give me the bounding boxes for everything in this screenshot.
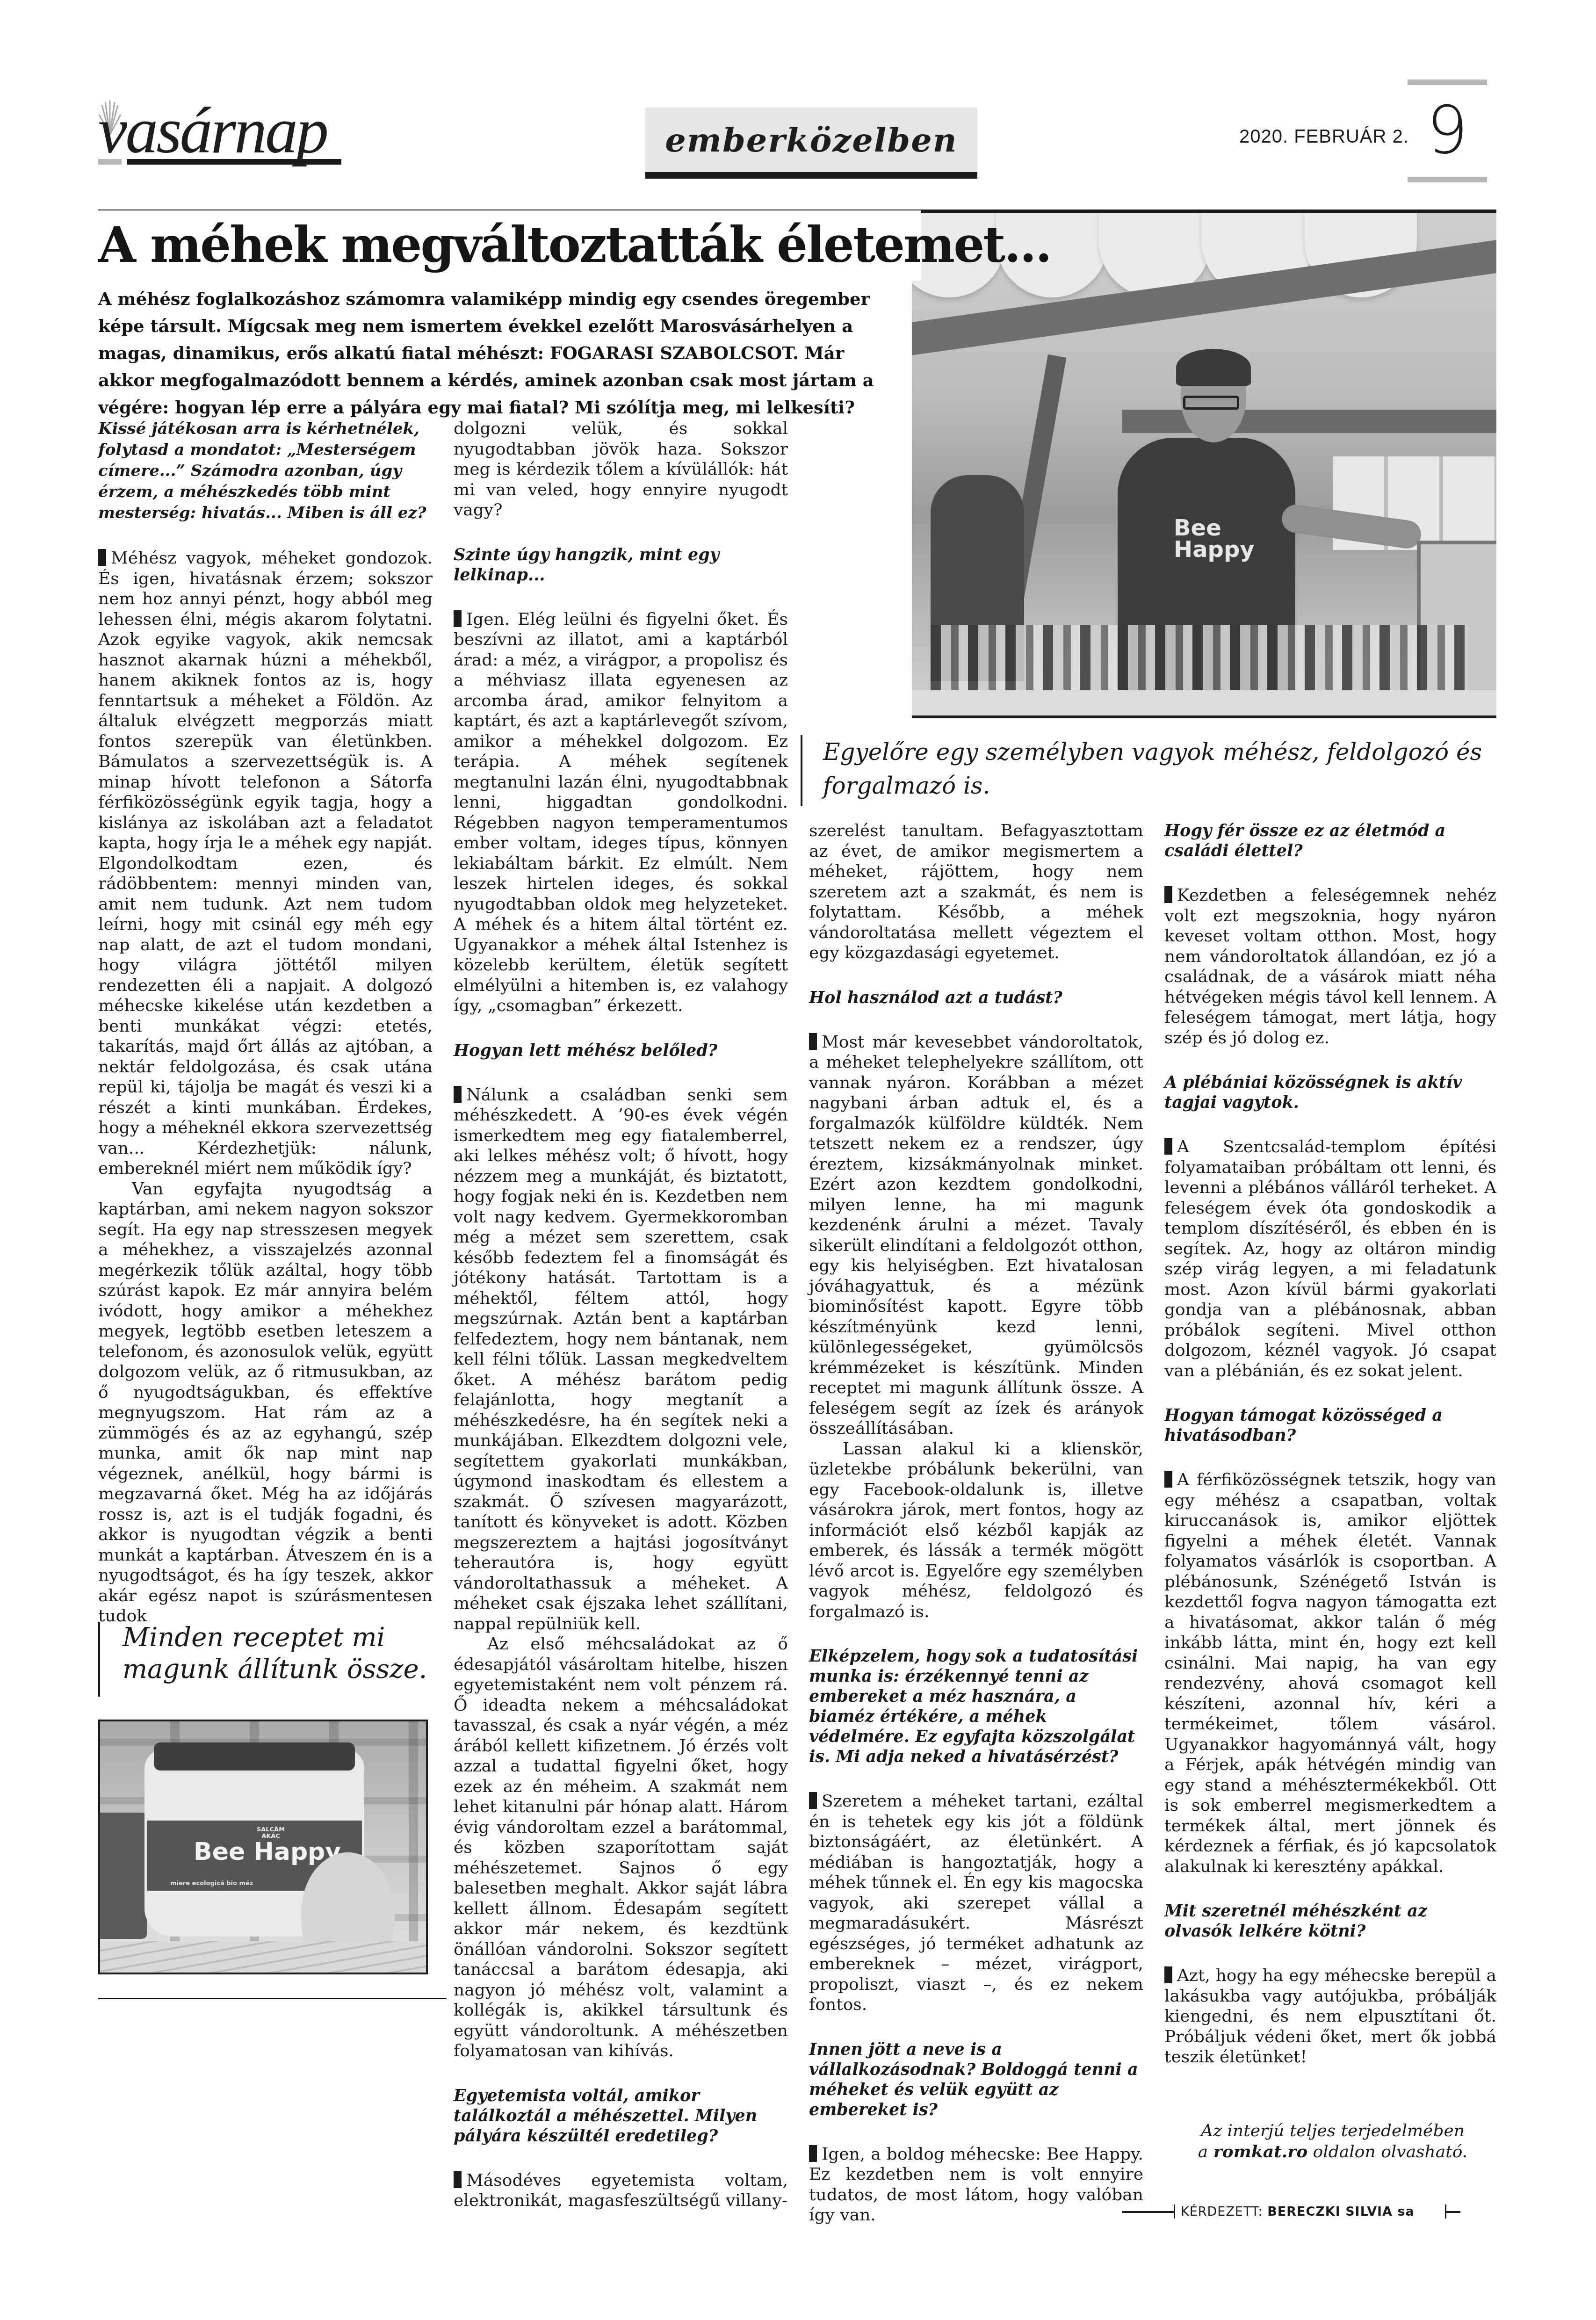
newspaper-logo[interactable]: vasárnap (98, 89, 346, 168)
column-1: Kissé játékosan arra is kérhetnélek, fol… (98, 419, 433, 1626)
continuation: szerelést tanultam. Befagyasztottam az é… (809, 821, 1143, 963)
answer-marker-icon (809, 1033, 817, 1050)
answer: Azt, hogy ha egy méhecske berepül a laká… (1164, 1966, 1496, 2067)
answer-marker-icon (454, 2171, 462, 2188)
section-label-box: emberközelben (645, 108, 977, 173)
logo-underline (98, 159, 341, 165)
headline: A méhek megváltoztatták életemet... (98, 216, 1051, 275)
question: Innen jött a neve is a vállalkozásodnak?… (809, 2039, 1143, 2120)
jar-label-sub: miere ecologică bio méz (170, 1880, 253, 1887)
question: Kissé játékosan arra is kérhetnélek, fol… (98, 419, 433, 524)
honey-jar-photo: SALCÂM AKÁC Bee Happy miere ecologică bi… (98, 1720, 428, 1974)
section-label: emberközelben (645, 121, 977, 159)
column-4: Hogy fér össze ez az életmód a családi é… (1164, 821, 1496, 2067)
issue-date: 2020. FEBRUÁR 2. (1239, 126, 1409, 147)
answer: Szeretem a méheket tartani, ezáltal én i… (809, 1791, 1143, 2015)
website-link[interactable]: romkat.ro (1213, 2142, 1307, 2161)
question: Hogyan támogat közösséged a hivatásodban… (1164, 1405, 1496, 1445)
byline: KÉRDEZETT: BERECZKI SILVIA sa (1122, 2203, 1496, 2221)
masthead: vasárnap emberközelben 2020. FEBRUÁR 2. … (98, 89, 1496, 182)
continuation: dolgozni velük, és sokkal nyugodtabban j… (454, 419, 788, 520)
byline-label: KÉRDEZETT: (1181, 2204, 1267, 2219)
column-3: szerelést tanultam. Befagyasztottam az é… (809, 821, 1143, 2226)
pullquote-recipes: Minden receptet mi magunk állítunk össze… (98, 1622, 435, 1697)
answer: A Szentcsalád-templom építési folyamatai… (1164, 1137, 1496, 1381)
logo-text: vasárnap (98, 98, 327, 164)
page-number-bar-bottom (1408, 177, 1487, 182)
paragraph: Van egyfajta nyugodtság a kaptárban, ami… (98, 1179, 433, 1626)
answer-marker-icon (809, 1792, 817, 1809)
answer: Méhész vagyok, méheket gondozok. És igen… (98, 548, 433, 1179)
bottom-divider (98, 1998, 447, 1999)
answer: Nálunk a családban senki sem méhészkedet… (454, 1085, 788, 1634)
answer: Kezdetben a feleségemnek nehéz volt ezt … (1164, 885, 1496, 1048)
answer: A férfiközösségnek tetszik, hogy van egy… (1164, 1470, 1496, 1877)
answer-marker-icon (1164, 1138, 1172, 1155)
headline-box: A méhek megváltoztatták életemet... (98, 210, 921, 281)
jar-brand: Bee Happy (194, 1842, 341, 1862)
question: Elképzelem, hogy sok a tudatosítási munk… (809, 1646, 1143, 1767)
paragraph: Lassan alakul ki a klienskör, üzletekbe … (809, 1439, 1143, 1622)
question: Egyetemista voltál, amikor találkoztál a… (454, 2086, 788, 2146)
answer-marker-icon (98, 549, 106, 566)
answer-marker-icon (1164, 1471, 1172, 1488)
paragraph: Az első méhcsaládokat az ő édesapjától v… (454, 1634, 788, 2061)
lead-paragraph: A méhész foglalkozáshoz számomra valamik… (98, 285, 903, 421)
question: Hogyan lett méhész belőled? (454, 1041, 788, 1061)
section-underline (645, 172, 977, 179)
main-photo-beekeeper-stall: Bee Happy (912, 213, 1496, 718)
byline-author: BERECZKI SILVIA sa (1267, 2204, 1415, 2219)
answer-marker-icon (454, 610, 462, 627)
closing-line-1: Az interjú teljes terjedelmében (1201, 2121, 1465, 2140)
question: Szinte úgy hangzik, mint egy lelkinap... (454, 545, 788, 585)
page-number: 9 (1408, 98, 1487, 164)
question: A plébániai közösségnek is aktív tagjai … (1164, 1072, 1496, 1113)
answer-marker-icon (1164, 886, 1172, 903)
question: Mit szeretnél méhészként az olvasók lelk… (1164, 1901, 1496, 1941)
shirt-logo-text: Bee Happy (1174, 517, 1258, 560)
answer: Másodéves egyetemista voltam, elektronik… (454, 2170, 788, 2211)
answer: Igen, a boldog méhecske: Bee Happy. Ez k… (809, 2144, 1143, 2226)
answer-marker-icon (1164, 1966, 1172, 1983)
answer: Most már kevesebbet vándoroltatok, a méh… (809, 1032, 1143, 1439)
question: Hol használod azt a tudást? (809, 988, 1143, 1008)
answer-marker-icon (454, 1086, 462, 1103)
answer: Igen. Elég leülni és figyelni őket. És b… (454, 609, 788, 1016)
closing-note: Az interjú teljes terjedelmében a romkat… (1183, 2121, 1482, 2162)
column-2: dolgozni velük, és sokkal nyugodtabban j… (454, 419, 788, 2211)
pullquote-one-person: Egyelőre egy személyben vagyok méhész, f… (801, 735, 1493, 806)
page-number-bar-top (1408, 80, 1487, 85)
question: Hogy fér össze ez az életmód a családi é… (1164, 821, 1496, 861)
answer-marker-icon (809, 2145, 817, 2162)
